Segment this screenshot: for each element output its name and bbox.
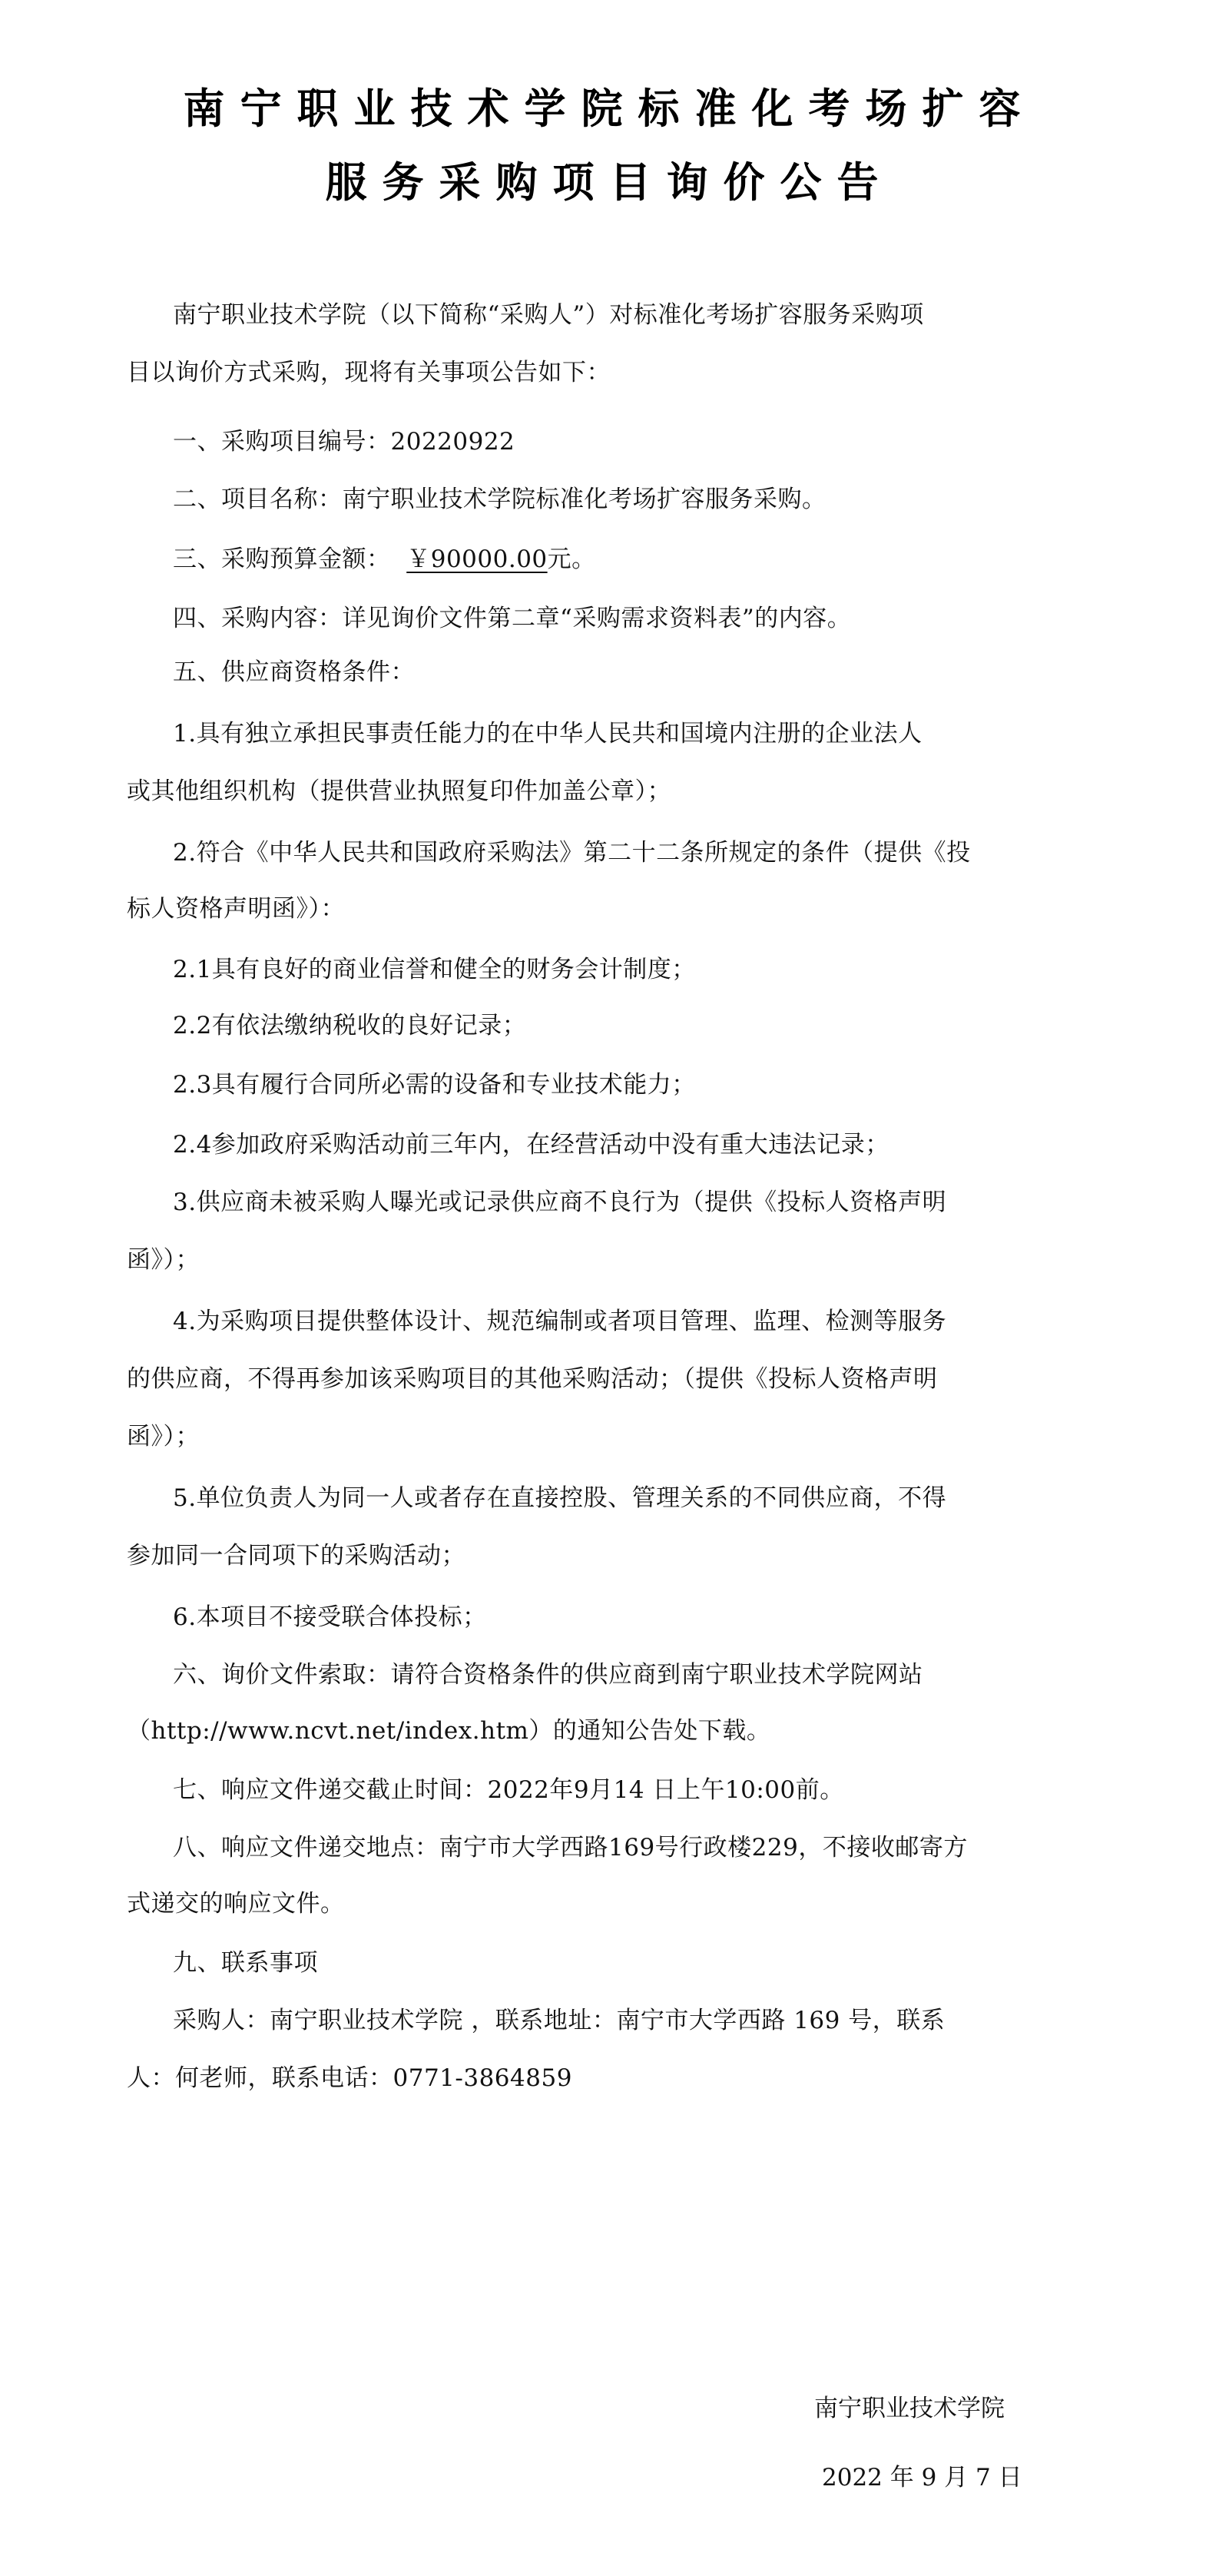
section-8-line-1: 八、响应文件递交地点：南宁市大学西路169号行政楼229，不接收邮寄方 <box>173 1832 1102 1863</box>
qualification-6: 6.本项目不接受联合体投标； <box>173 1602 1102 1633</box>
qualification-2-line-2: 标人资格声明函》）： <box>127 893 1102 924</box>
section-5-heading: 五、供应商资格条件： <box>173 657 1102 688</box>
contact-line-2: 人：何老师，联系电话：0771-3864859 <box>127 2063 1102 2094</box>
signature-organization: 南宁职业技术学院 <box>814 2393 1005 2424</box>
qualification-5-line-2: 参加同一合同项下的采购活动； <box>127 1540 1102 1571</box>
signature-date: 2022 年 9 月 7 日 <box>822 2462 1022 2493</box>
section-3-budget: 三、采购预算金额： ￥90000.00元。 <box>173 544 1102 575</box>
qualification-2-4: 2.4参加政府采购活动前三年内，在经营活动中没有重大违法记录； <box>173 1129 1102 1160</box>
qualification-2-2: 2.2有依法缴纳税收的良好记录； <box>173 1010 1102 1041</box>
document-title-line-2: 服务采购项目询价公告 <box>0 160 1219 206</box>
section-6-line-1: 六、询价文件索取：请符合资格条件的供应商到南宁职业技术学院网站 <box>173 1659 1102 1690</box>
qualification-4-line-3: 函》）； <box>127 1421 1102 1452</box>
section-1-project-number: 一、采购项目编号：20220922 <box>173 426 1102 457</box>
qualification-2-3: 2.3具有履行合同所必需的设备和专业技术能力； <box>173 1069 1102 1100</box>
section-6-line-2-url: （http://www.ncvt.net/index.htm）的通知公告处下载。 <box>127 1716 1102 1746</box>
qualification-1-line-2: 或其他组织机构（提供营业执照复印件加盖公章）； <box>127 776 1102 807</box>
intro-line-1: 南宁职业技术学院（以下简称“采购人”）对标准化考场扩容服务采购项 <box>173 300 1102 330</box>
qualification-2-1: 2.1具有良好的商业信誉和健全的财务会计制度； <box>173 954 1102 985</box>
qualification-1-line-1: 1.具有独立承担民事责任能力的在中华人民共和国境内注册的企业法人 <box>173 718 1102 749</box>
qualification-3-line-2: 函》）； <box>127 1245 1102 1275</box>
contact-line-1: 采购人：南宁职业技术学院 ，联系地址：南宁市大学西路 169 号，联系 <box>173 2005 1102 2036</box>
section-9-heading: 九、联系事项 <box>173 1948 1102 1978</box>
qualification-4-line-1: 4.为采购项目提供整体设计、规范编制或者项目管理、监理、检测等服务 <box>173 1306 1102 1337</box>
section-4-content: 四、采购内容：详见询价文件第二章“采购需求资料表”的内容。 <box>173 603 1102 634</box>
budget-label: 三、采购预算金额： <box>173 545 391 573</box>
qualification-2-line-1: 2.符合《中华人民共和国政府采购法》第二十二条所规定的条件（提供《投 <box>173 837 1102 868</box>
budget-amount: ￥90000.00 <box>406 545 547 573</box>
qualification-4-line-2: 的供应商，不得再参加该采购项目的其他采购活动；（提供《投标人资格声明 <box>127 1364 1102 1394</box>
budget-suffix: 元。 <box>548 545 596 573</box>
section-8-line-2: 式递交的响应文件。 <box>127 1888 1102 1919</box>
section-2-project-name: 二、项目名称：南宁职业技术学院标准化考场扩容服务采购。 <box>173 484 1102 515</box>
qualification-3-line-1: 3.供应商未被采购人曝光或记录供应商不良行为（提供《投标人资格声明 <box>173 1187 1102 1218</box>
section-7-deadline: 七、响应文件递交截止时间：2022年9月14 日上午10:00前。 <box>173 1775 1102 1805</box>
document-title-line-1: 南宁职业技术学院标准化考场扩容 <box>0 86 1219 132</box>
intro-line-2: 目以询价方式采购，现将有关事项公告如下： <box>127 357 1102 388</box>
qualification-5-line-1: 5.单位负责人为同一人或者存在直接控股、管理关系的不同供应商，不得 <box>173 1483 1102 1513</box>
